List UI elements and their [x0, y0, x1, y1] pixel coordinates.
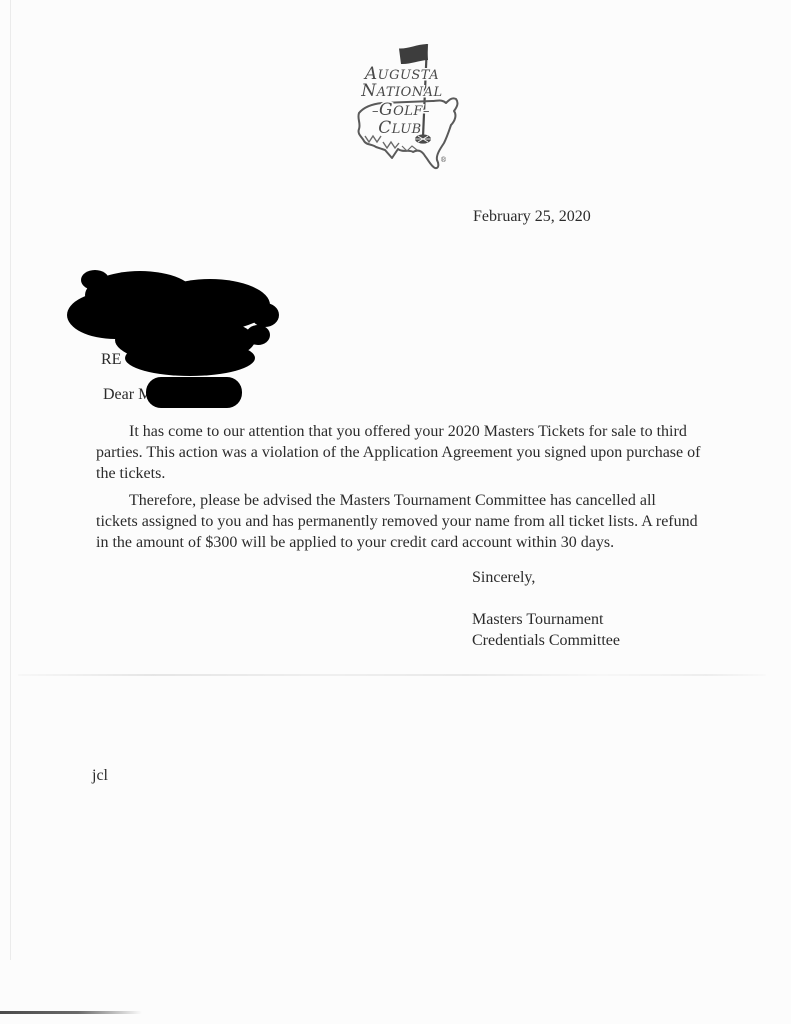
- augusta-national-logo: AUGUSTA NATIONAL –GOLF– CLUB ®: [352, 37, 464, 172]
- signature-block: Masters Tournament Credentials Committee: [472, 609, 620, 651]
- body-paragraph-2: Therefore, please be advised the Masters…: [96, 490, 698, 553]
- closing: Sincerely,: [472, 567, 535, 588]
- redaction-blob: [60, 260, 290, 415]
- paragraph-line: the tickets.: [96, 463, 700, 484]
- paragraph-line: It has come to our attention that you of…: [129, 421, 700, 442]
- registered-trademark-icon: ®: [440, 156, 447, 164]
- map-hatch-icon: [383, 142, 399, 148]
- paragraph-line: tickets assigned to you and has permanen…: [96, 511, 698, 532]
- signature-line-1: Masters Tournament: [472, 609, 620, 630]
- flag-icon: [399, 44, 428, 64]
- paragraph-line: Therefore, please be advised the Masters…: [129, 490, 698, 511]
- typist-initials: jcl: [92, 765, 108, 786]
- letter-date: February 25, 2020: [473, 206, 591, 227]
- logo-wordmark-national: NATIONAL: [360, 81, 442, 101]
- scan-edge-artifact: [0, 1011, 142, 1014]
- scanned-letter-page: AUGUSTA NATIONAL –GOLF– CLUB ® February …: [0, 0, 791, 1024]
- scan-fold-line: [10, 0, 11, 960]
- body-paragraph-1: It has come to our attention that you of…: [96, 421, 700, 484]
- signature-line-2: Credentials Committee: [472, 630, 620, 651]
- paragraph-line: parties. This action was a violation of …: [96, 442, 700, 463]
- logo-wordmark-club: CLUB: [378, 118, 421, 138]
- paragraph-line: in the amount of $300 will be applied to…: [96, 532, 698, 553]
- scan-smudge-line: [18, 674, 766, 676]
